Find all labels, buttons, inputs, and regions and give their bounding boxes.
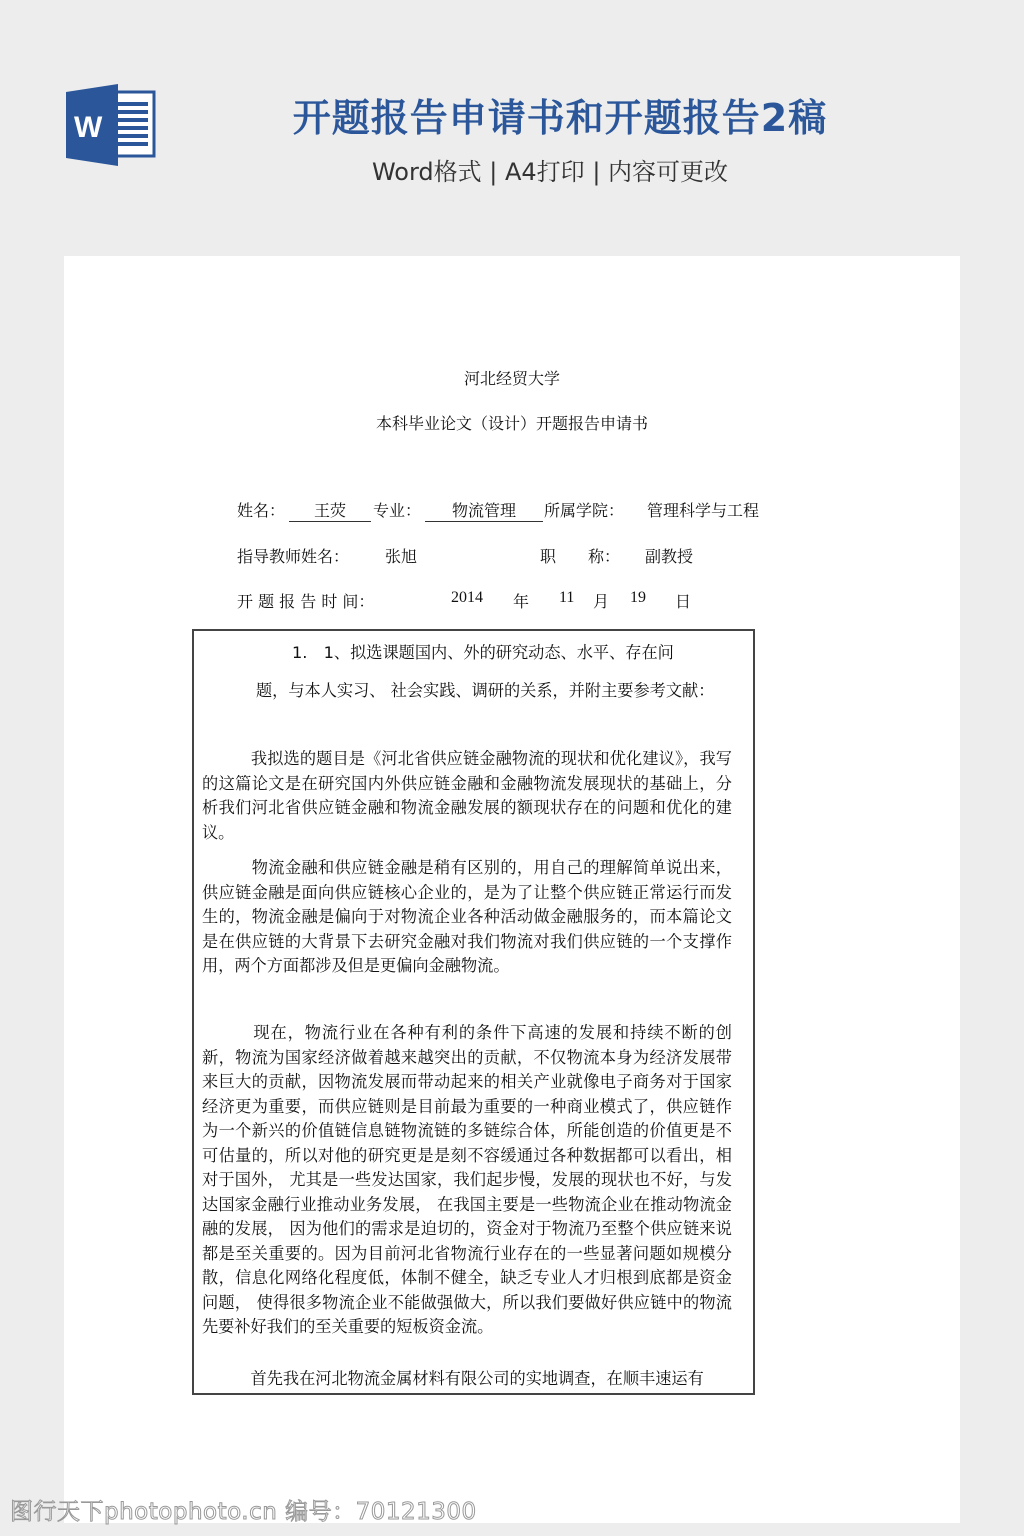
university-name: 河北经贸大学 (64, 366, 960, 389)
question-line-1: 1. 1、拟选课题国内、外的研究动态、水平、存在问 (292, 641, 755, 666)
advisor-value: 张旭 (385, 544, 417, 567)
rank-value: 副教授 (645, 544, 693, 567)
day-value: 19 (630, 589, 646, 607)
major-label: 专业： (373, 498, 421, 521)
document-page: 河北经贸大学 本科毕业论文（设计）开题报告申请书 姓名： 王荧 专业： 物流管理… (64, 256, 960, 1523)
year-label: 年 (513, 589, 529, 612)
paragraph-2: 物流金融和供应链金融是稍有区别的，用自己的理解简单说出来，供应链金融是面向供应链… (202, 856, 732, 979)
name-label: 姓名： (237, 498, 285, 521)
paragraph-3: 现在，物流行业在各种有利的条件下高速的发展和持续不断的创新，物流为国家经济做着越… (202, 1021, 732, 1340)
question-line-2: 题，与本人实习、 社会实践、调研的关系，并附主要参考文献： (256, 679, 726, 704)
word-icon: W (64, 82, 156, 166)
month-label: 月 (593, 589, 609, 612)
date-label: 开 题 报 告 时 间： (237, 589, 374, 612)
name-value: 王荧 (289, 498, 371, 522)
report-content-box: 1. 1、拟选课题国内、外的研究动态、水平、存在问 题，与本人实习、 社会实践、… (192, 629, 755, 1395)
svg-text:W: W (74, 111, 103, 144)
day-label: 日 (675, 589, 691, 612)
college-value: 管理科学与工程 (647, 498, 759, 521)
paragraph-1: 我拟选的题目是《河北省供应链金融物流的现状和优化建议》，我写的这篇论文是在研究国… (202, 747, 732, 845)
major-value: 物流管理 (425, 498, 543, 522)
month-value: 11 (559, 589, 574, 607)
paragraph-4: 首先我在河北物流金属材料有限公司的实地调查，在顺丰速运有 (202, 1367, 732, 1392)
page-title: 开题报告申请书和开题报告2稿 (240, 92, 880, 144)
watermark: 图行天下photophoto.cn 编号：70121300 (10, 1493, 477, 1526)
page-subtitle: Word格式 | A4打印 | 内容可更改 (240, 152, 860, 192)
college-label: 所属学院： (544, 498, 624, 521)
form-title: 本科毕业论文（设计）开题报告申请书 (64, 411, 960, 434)
year-value: 2014 (451, 589, 483, 607)
rank-label: 职 称： (540, 544, 620, 567)
advisor-label: 指导教师姓名： (237, 544, 349, 567)
